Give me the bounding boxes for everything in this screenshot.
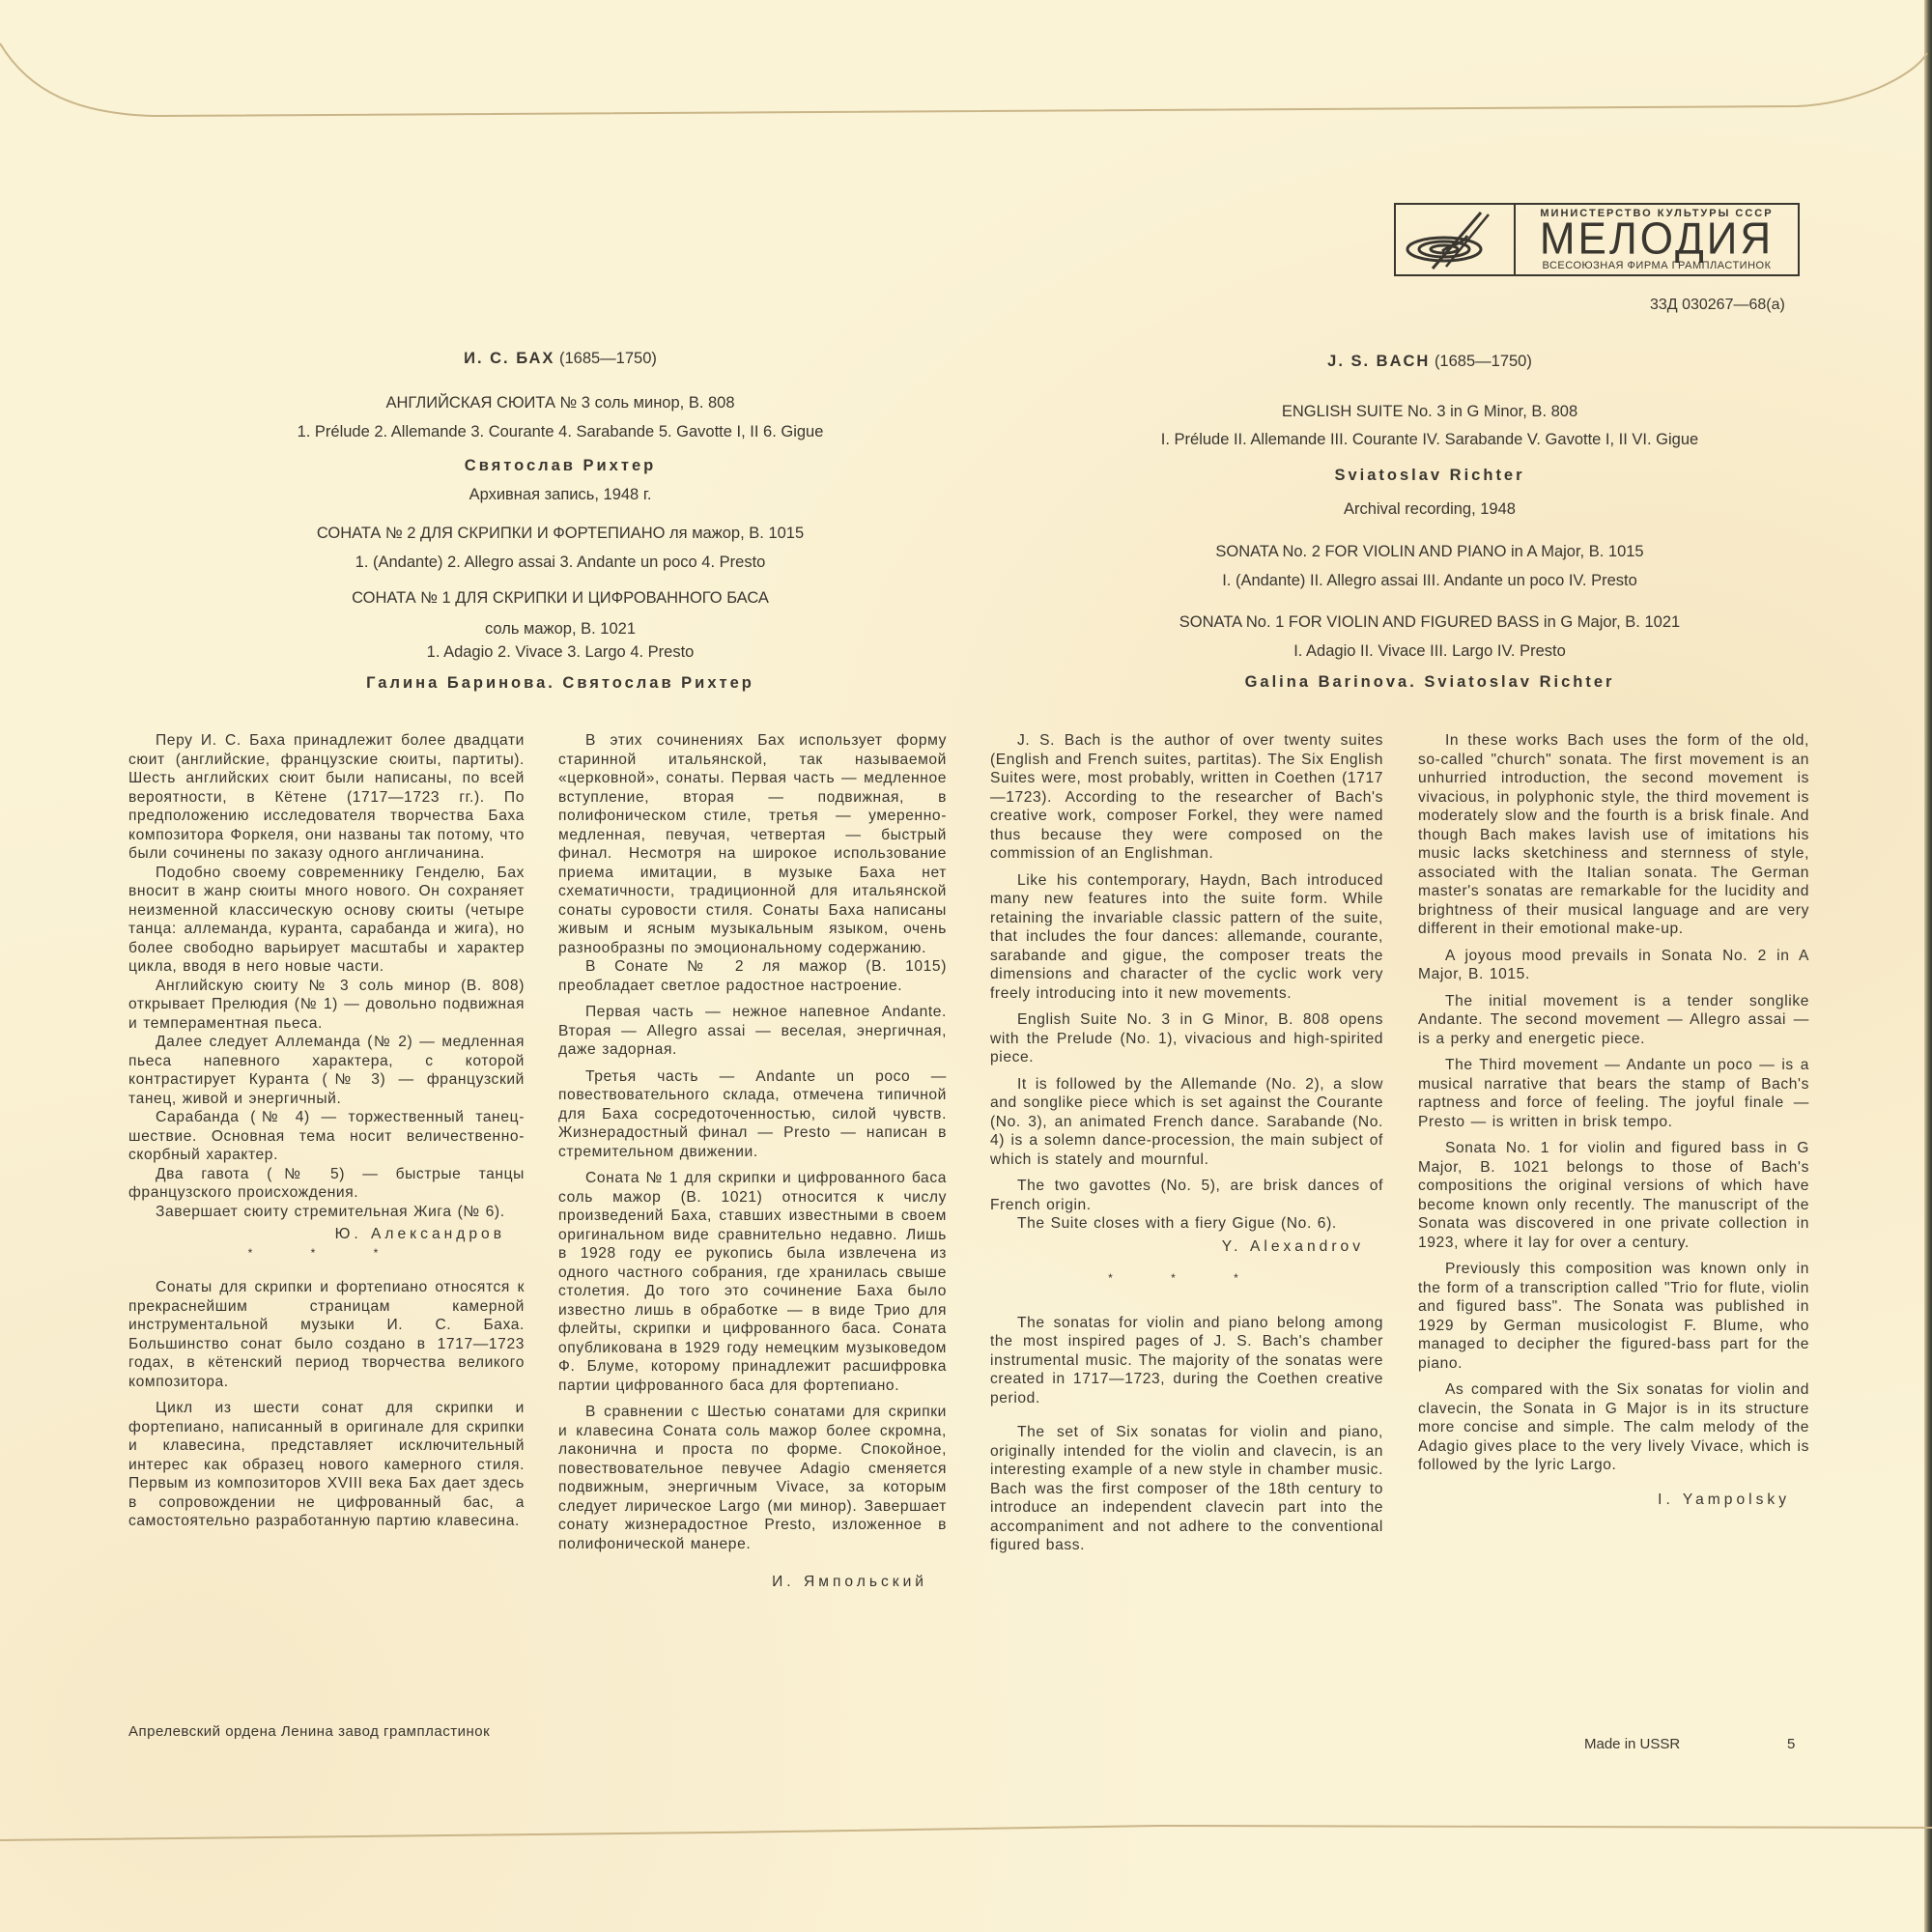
paragraph: It is followed by the Allemande (No. 2),… [990, 1075, 1383, 1170]
melodiya-logo: МИНИСТЕРСТВО КУЛЬТУРЫ СССР МЕЛОДИЯ ВСЕСО… [1394, 203, 1800, 276]
suite-movements: 1. Prélude 2. Allemande 3. Courante 4. S… [193, 423, 927, 441]
paragraph: A joyous mood prevails in Sonata No. 2 i… [1418, 947, 1809, 984]
paragraph: The initial movement is a tender songlik… [1418, 992, 1809, 1049]
paragraph: The two gavottes (No. 5), are brisk danc… [990, 1177, 1383, 1214]
paragraph: Previously this composition was known on… [1418, 1260, 1809, 1373]
performer: Sviatoslav Richter [1043, 467, 1816, 485]
paragraph: В Сонате № 2 ля мажор (В. 1015) преоблад… [558, 957, 947, 995]
paragraph: Третья часть — Andante un poco — повеств… [558, 1067, 947, 1162]
english-notes-column-2: In these works Bach uses the form of the… [1418, 731, 1809, 1509]
performer: Святослав Рихтер [193, 457, 927, 475]
sonata1-movements: I. Adagio II. Vivace III. Largo IV. Pres… [1043, 642, 1816, 661]
sonata2-title: СОНАТА № 2 ДЛЯ СКРИПКИ И ФОРТЕПИАНО ля м… [193, 525, 927, 543]
catalog-number: 33Д 030267—68(а) [1650, 297, 1785, 314]
paragraph: Завершает сюиту стремительная Жига (№ 6)… [128, 1203, 525, 1222]
factory-credit: Апрелевский ордена Ленина завод грамплас… [128, 1723, 490, 1740]
paragraph: The sonatas for violin and piano belong … [990, 1314, 1383, 1408]
composer-dates: (1685—1750) [559, 350, 657, 367]
composer-name: И. С. БАХ [464, 350, 554, 367]
paragraph: В сравнении с Шестью сонатами для скрипк… [558, 1403, 947, 1553]
paragraph: Перу И. С. Баха принадлежит более двадца… [128, 731, 525, 864]
sonata1-key: соль мажор, В. 1021 [193, 620, 927, 639]
paragraph: The Suite closes with a fiery Gigue (No.… [990, 1214, 1383, 1234]
suite-title: АНГЛИЙСКАЯ СЮИТА № 3 соль минор, В. 808 [193, 394, 927, 412]
sonata1-title: СОНАТА № 1 ДЛЯ СКРИПКИ И ЦИФРОВАННОГО БА… [193, 589, 927, 608]
melodiya-emblem-icon [1396, 205, 1516, 274]
sleeve-edge [1924, 0, 1932, 1932]
russian-notes-column-2: В этих сочинениях Бах использует форму с… [558, 731, 947, 1592]
author-signature: Y. Alexandrov [990, 1237, 1383, 1257]
sonata1-movements: 1. Adagio 2. Vivace 3. Largo 4. Presto [193, 643, 927, 662]
made-in-label: Made in USSR [1584, 1736, 1680, 1752]
paragraph: Соната № 1 для скрипки и цифрованного ба… [558, 1169, 947, 1395]
paragraph: Английскую сюиту № 3 соль минор (В. 808)… [128, 977, 525, 1034]
page-number: 5 [1787, 1736, 1795, 1752]
suite-movements: I. Prélude II. Allemande III. Courante I… [1043, 431, 1816, 449]
author-signature: Ю. Александров [128, 1225, 525, 1244]
paragraph: Sonata No. 1 for violin and figured bass… [1418, 1139, 1809, 1252]
paragraph: The Third movement — Andante un poco — i… [1418, 1056, 1809, 1131]
paragraph: Сарабанда (№ 4) — торжественный танец-ше… [128, 1108, 525, 1165]
paragraph: In these works Bach uses the form of the… [1418, 731, 1809, 939]
paragraph: В этих сочинениях Бах использует форму с… [558, 731, 947, 957]
composer-name: J. S. BACH [1327, 353, 1430, 370]
paragraph: Подобно своему современнику Генделю, Бах… [128, 864, 525, 977]
composer-dates: (1685—1750) [1435, 353, 1532, 370]
paragraph: Сонаты для скрипки и фортепиано относятс… [128, 1278, 525, 1391]
section-separator: * * * [128, 1244, 525, 1264]
paragraph: J. S. Bach is the author of over twenty … [990, 731, 1383, 864]
suite-title: ENGLISH SUITE No. 3 in G Minor, B. 808 [1043, 403, 1816, 421]
russian-header: И. С. БАХ (1685—1750) АНГЛИЙСКАЯ СЮИТА №… [193, 338, 927, 705]
sonata2-movements: I. (Andante) II. Allegro assai III. Anda… [1043, 572, 1816, 590]
paragraph: Цикл из шести сонат для скрипки и фортеп… [128, 1399, 525, 1531]
paragraph: Первая часть — нежное напевное Andante. … [558, 1003, 947, 1060]
author-signature: I. Yampolsky [1418, 1491, 1809, 1510]
paragraph: English Suite No. 3 in G Minor, B. 808 o… [990, 1010, 1383, 1067]
english-notes-column-1: J. S. Bach is the author of over twenty … [990, 731, 1383, 1555]
author-signature: И. Ямпольский [558, 1573, 947, 1592]
paragraph: The set of Six sonatas for violin and pi… [990, 1423, 1383, 1555]
recording-note: Archival recording, 1948 [1043, 500, 1816, 519]
paragraph: Два гавота (№ 5) — быстрые танцы француз… [128, 1165, 525, 1203]
russian-notes-column-1: Перу И. С. Баха принадлежит более двадца… [128, 731, 525, 1531]
sonata2-title: SONATA No. 2 FOR VIOLIN AND PIANO in A M… [1043, 543, 1816, 561]
paragraph: Далее следует Аллеманда (№ 2) — медленна… [128, 1033, 525, 1108]
sonata2-movements: 1. (Andante) 2. Allegro assai 3. Andante… [193, 554, 927, 572]
sonata1-title: SONATA No. 1 FOR VIOLIN AND FIGURED BASS… [1043, 613, 1816, 632]
performers: Galina Barinova. Sviatoslav Richter [1043, 673, 1816, 692]
paragraph: As compared with the Six sonatas for vio… [1418, 1380, 1809, 1475]
english-header: J. S. BACH (1685—1750) ENGLISH SUITE No.… [1043, 338, 1816, 705]
section-separator: * * * [990, 1269, 1383, 1289]
performers: Галина Баринова. Святослав Рихтер [193, 674, 927, 693]
paragraph: Like his contemporary, Haydn, Bach intro… [990, 871, 1383, 1004]
brand-name: МЕЛОДИЯ [1540, 218, 1774, 261]
recording-note: Архивная запись, 1948 г. [193, 486, 927, 504]
